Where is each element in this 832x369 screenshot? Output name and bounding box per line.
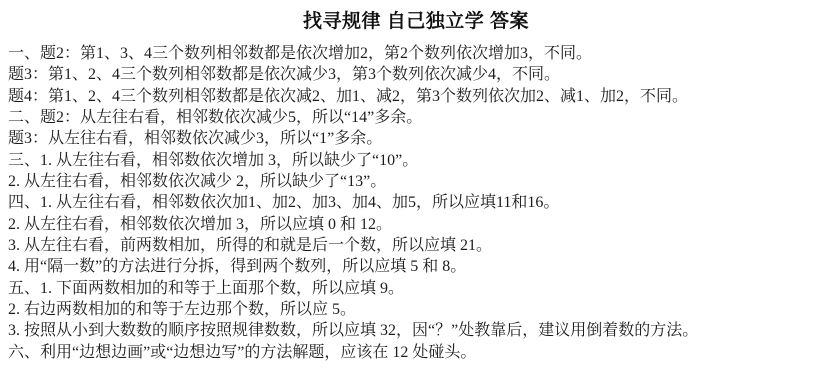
answer-line-section1-q3: 题3：第1、2、4三个数列相邻数都是依次减少3，第3个数列依次减少4，不同。 [8, 64, 824, 85]
answer-line-section6: 六、利用“边想边画”或“边想边写”的方法解题，应该在 12 处碰头。 [8, 342, 824, 363]
answer-line-section5-q3: 3. 按照从小到大数数的顺序按照规律数数，所以应填 32，因“？”处教靠后，建议… [8, 320, 824, 341]
answer-line-section5-q1: 五、1. 下面两数相加的和等于上面那个数，所以应填 9。 [8, 278, 824, 299]
answer-line-section4-q4: 4. 用“隔一数”的方法进行分拆，得到两个数列，所以应填 5 和 8。 [8, 256, 824, 277]
answer-line-section4-q1: 四、1. 从左往右看，相邻数依次加1、加2、加3、加4、加5，所以应填11和16… [8, 192, 824, 213]
answer-lines-block: 一、题2：第1、3、4三个数列相邻数都是依次增加2，第2个数列依次增加3，不同。… [8, 43, 824, 363]
page-title: 找寻规律 自己独立学 答案 [8, 10, 824, 34]
answer-line-section1-q2: 一、题2：第1、3、4三个数列相邻数都是依次增加2，第2个数列依次增加3，不同。 [8, 43, 824, 64]
answer-sheet-page: 找寻规律 自己独立学 答案 一、题2：第1、3、4三个数列相邻数都是依次增加2，… [0, 0, 832, 369]
answer-line-section1-q4: 题4：第1、2、4三个数列相邻数都是依次减2、加1、减2，第3个数列依次加2、减… [8, 86, 824, 107]
answer-line-section2-q2: 二、题2：从左往右看，相邻数依次减少5，所以“14”多余。 [8, 107, 824, 128]
answer-line-section3-q1: 三、1. 从左往右看，相邻数依次增加 3，所以缺少了“10”。 [8, 150, 824, 171]
answer-line-section4-q3: 3. 从左往右看，前两数相加，所得的和就是后一个数，所以应填 21。 [8, 235, 824, 256]
answer-line-section5-q2: 2. 右边两数相加的和等于左边那个数，所以应 5。 [8, 299, 824, 320]
answer-line-section3-q2: 2. 从左往右看，相邻数依次减少 2，所以缺少了“13”。 [8, 171, 824, 192]
answer-line-section4-q2: 2. 从左往右看，相邻数依次增加 3，所以应填 0 和 12。 [8, 214, 824, 235]
answer-line-section2-q3: 题3：从左往右看，相邻数依次减少3，所以“1”多余。 [8, 128, 824, 149]
